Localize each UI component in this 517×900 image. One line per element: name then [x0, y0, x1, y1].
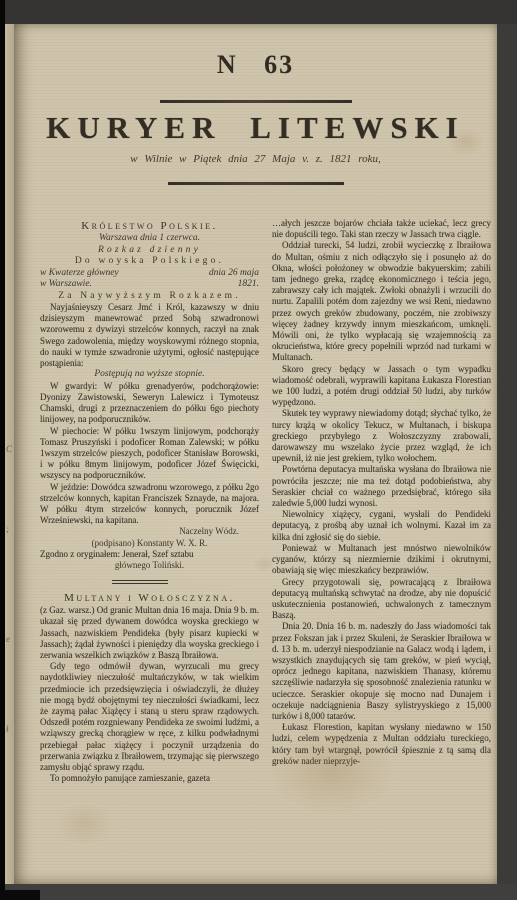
warszawa-line: w Warszawie.1821. [40, 279, 259, 291]
paragraph: Powtórna deputacya multańska wysłana do … [272, 464, 491, 509]
paragraph: (z Gaz. warsz.) Od granic Multan dnia 16… [40, 605, 259, 661]
paragraph: Gdy tego odmówił dywan, wyrzucali mu gre… [40, 661, 259, 773]
issue-number: N 63 [14, 50, 497, 80]
paragraph: Grecy przygotowali się, powracającą z Ib… [272, 577, 491, 622]
dateline-warszawa: Warszawa dnia 1 czerwca. [40, 233, 259, 245]
paragraph: Skutek tey wyprawy niewiadomy dotąd; sły… [272, 408, 491, 464]
warszawa-line-right: 1821. [238, 279, 259, 291]
paragraph: …ałych jeszcze bojarów chciała także uci… [272, 218, 491, 240]
signature-zgodno: Zgodno z oryginałem: Jenerał, Szef sztab… [40, 549, 259, 560]
paragraph: To pomnożyło panujące zamieszanie, gazet… [40, 773, 259, 784]
book-gutter-edge [0, 0, 5, 900]
newspaper-page: N 63 KURYER LITEWSKI w Wilnie w Piątek d… [14, 24, 497, 884]
paragraph: Niewolnicy xiążęcy, cygani, wysłali do P… [272, 509, 491, 543]
right-column: …ałych jeszcze bojarów chciała także uci… [272, 218, 491, 767]
signature-naczelny-wodz: Naczelny Wódz. [40, 526, 259, 537]
kwatera-line: w Kwaterze główneydnia 26 maja [40, 268, 259, 280]
opposite-page-bleed: C;eł [5, 24, 14, 884]
kwatera-line-left: w Kwaterze główney [40, 268, 119, 280]
bleed-char: ; [6, 524, 9, 534]
left-column: Królestwo Polskie.Warszawa dnia 1 czerwc… [40, 218, 259, 784]
bleed-char: C [6, 444, 12, 454]
scanner-background-bottom [0, 884, 517, 900]
signature-tolinski: głównego Toliński. [40, 560, 259, 571]
heading-do-woyska: Do woyska Polskiego. [40, 256, 259, 268]
heading-rozkaz-dzienny: Rozkaz dzienny [40, 245, 259, 257]
paragraph: Dnia 20. Dnia 16 b. m. nadeszły do Jass … [272, 621, 491, 722]
heading-multany: Multany i Wołosczyzna. [40, 592, 259, 605]
heading-krolestwo-polskie: Królestwo Polskie. [40, 220, 259, 233]
heading-za-naywyzszym-rozkazem: Za Naywyższym Rozkazem. [40, 291, 259, 303]
kwatera-line-right: dnia 26 maja [209, 268, 259, 280]
bleed-char: e [6, 634, 10, 644]
signature-podpisano: (podpisano) Konstanty W. X. R. [40, 538, 259, 549]
paragraph: W jeździe: Dowódca szwadronu wzorowego, … [40, 482, 259, 527]
masthead-rule-bottom [168, 182, 344, 185]
paragraph: Łukasz Florestion, kapitan wysłany nieda… [272, 722, 491, 767]
paragraph: Oddział turecki, 54 ludzi, zrobił wyciec… [272, 240, 491, 363]
masthead-dateline: w Wilnie w Piątek dnia 27 Maja v. z. 182… [14, 153, 497, 165]
warszawa-line-left: w Warszawie. [40, 279, 92, 291]
paragraph: Nayjaśnieyszy Cesarz Jmć i Król, kazawsz… [40, 302, 259, 369]
section-divider-rule [112, 580, 168, 584]
bleed-char: ł [6, 724, 9, 734]
scanner-corner-shadow [0, 890, 40, 900]
paragraph: W piechocie: W półku 1wszym linijowym, p… [40, 426, 259, 482]
paragraph: Ponieważ w Multanach jest mnóstwo niewol… [272, 543, 491, 577]
heading-postepuja: Postępują na wyższe stopnie. [40, 369, 259, 381]
newspaper-title: KURYER LITEWSKI [14, 110, 497, 146]
masthead-rule-top [160, 100, 352, 103]
paragraph: Skoro grecy będący w Jassach o tym wypad… [272, 364, 491, 409]
scanner-background-top [0, 0, 517, 24]
paragraph: W gwardyi: W półku grenadyerów, podchorą… [40, 381, 259, 426]
